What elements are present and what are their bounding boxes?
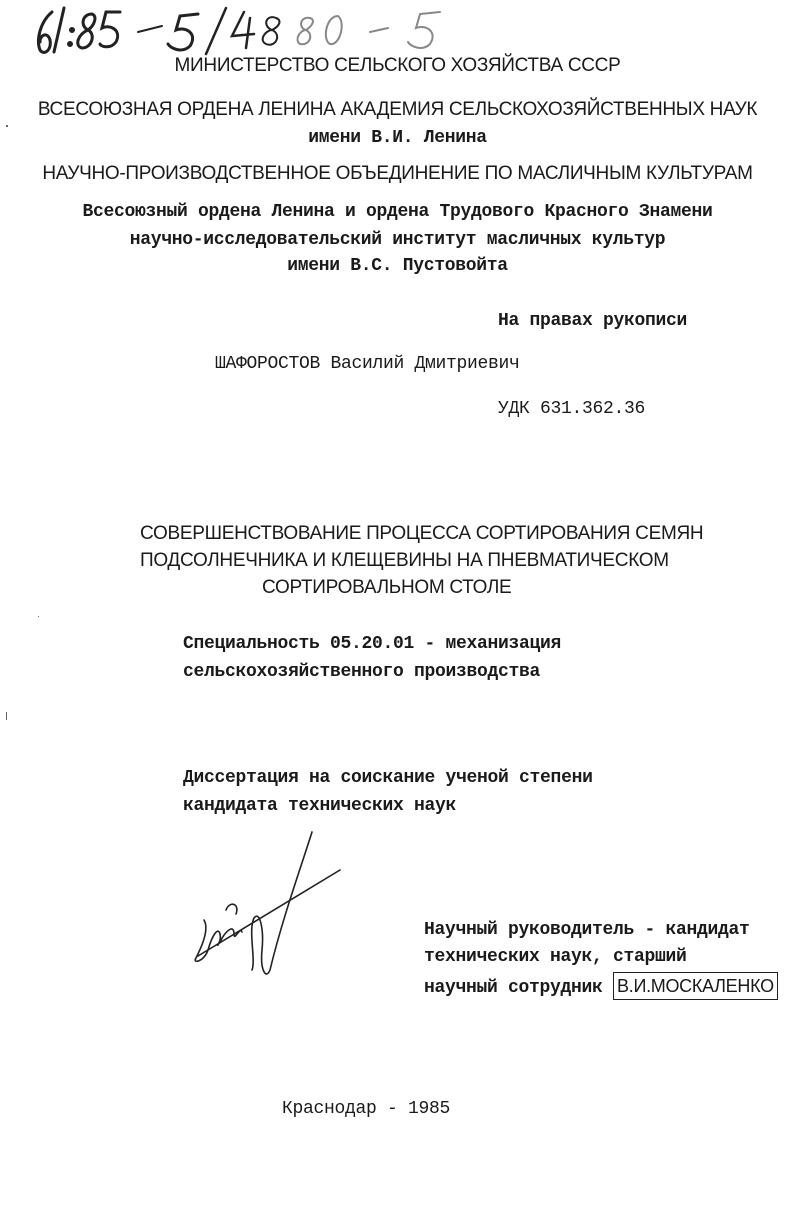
institute-line-3: имени В.С. Пустовойта xyxy=(0,254,795,278)
association-name: НАУЧНО-ПРОИЗВОДСТВЕННОЕ ОБЪЕДИНЕНИЕ ПО М… xyxy=(0,162,795,186)
ministry-name: МИНИСТЕРСТВО СЕЛЬСКОГО ХОЗЯЙСТВА СССР xyxy=(0,54,795,78)
scan-speck xyxy=(6,712,7,720)
supervisor-position: научный сотрудник xyxy=(424,978,603,998)
handwritten-archive-mark-icon xyxy=(30,0,510,60)
title-line-1: СОВЕРШЕНСТВОВАНИЕ ПРОЦЕССА СОРТИРОВАНИЯ … xyxy=(140,522,703,546)
rights-note: На правах рукописи xyxy=(498,309,687,333)
degree-line-1: Диссертация на соискание ученой степени xyxy=(183,766,593,790)
author-name: ШАФОРОСТОВ Василий Дмитриевич xyxy=(215,352,520,376)
signature-icon xyxy=(190,830,350,980)
specialty-line-1: Специальность 05.20.01 - механизация xyxy=(183,632,561,656)
title-line-3: СОРТИРОВАЛЬНОМ СТОЛЕ xyxy=(262,576,511,600)
institute-line-2: научно-исследовательский институт маслич… xyxy=(0,228,795,252)
institute-line-1: Всесоюзный ордена Ленина и ордена Трудов… xyxy=(0,200,795,224)
degree-line-2: кандидата технических наук xyxy=(183,794,456,818)
supervisor-line-2: технических наук, старший xyxy=(424,945,687,969)
scan-speck xyxy=(6,125,8,127)
specialty-line-2: сельскохозяйственного производства xyxy=(183,660,540,684)
udc-code: УДК 631.362.36 xyxy=(498,397,645,421)
supervisor-name: В.И.МОСКАЛЕНКО xyxy=(613,972,778,1000)
title-line-2: ПОДСОЛНЕЧНИКА И КЛЕЩЕВИНЫ НА ПНЕВМАТИЧЕС… xyxy=(140,549,669,573)
supervisor-line-3: научный сотрудник В.И.МОСКАЛЕНКО xyxy=(424,972,778,1000)
academy-named-after: имени В.И. Ленина xyxy=(0,126,795,150)
scan-speck xyxy=(38,616,39,617)
dissertation-title-page: МИНИСТЕРСТВО СЕЛЬСКОГО ХОЗЯЙСТВА СССР ВС… xyxy=(0,0,795,1214)
supervisor-line-1: Научный руководитель - кандидат xyxy=(424,918,750,942)
place-and-year: Краснодар - 1985 xyxy=(282,1097,450,1121)
academy-name: ВСЕСОЮЗНАЯ ОРДЕНА ЛЕНИНА АКАДЕМИЯ СЕЛЬСК… xyxy=(0,98,795,122)
